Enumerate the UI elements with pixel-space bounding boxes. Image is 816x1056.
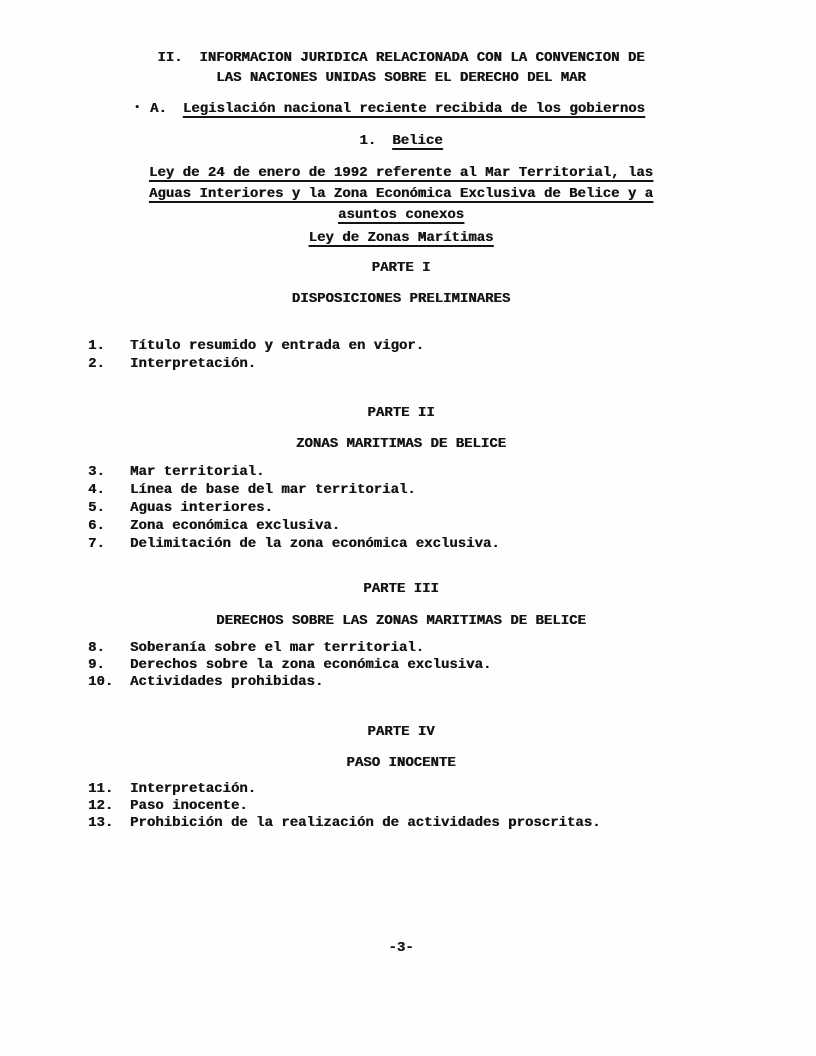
part-4-list: 11. Interpretación. 12. Paso inocente. 1… [88,781,600,832]
toc-item-text: Prohibición de la realización de activid… [130,815,600,832]
toc-item: 2. Interpretación. [88,355,424,373]
part-1-subheading: DISPOSICIONES PRELIMINARES [90,289,712,309]
toc-item: 11. Interpretación. [88,781,600,798]
toc-item-number: 7. [88,535,130,553]
part-2-subheading: ZONAS MARITIMAS DE BELICE [90,434,712,454]
toc-item-text: Línea de base del mar territorial. [130,481,500,499]
toc-item-text: Delimitación de la zona económica exclus… [130,535,500,553]
country-name: Belice [392,133,442,149]
toc-item: 6. Zona económica exclusiva. [88,517,500,535]
toc-item: 12. Paso inocente. [88,798,600,815]
law-title-line-1: Ley de 24 de enero de 1992 referente al … [90,163,712,184]
toc-item-text: Actividades prohibidas. [130,674,491,691]
law-title: Ley de 24 de enero de 1992 referente al … [90,163,712,226]
part-3-subheading: DERECHOS SOBRE LAS ZONAS MARITIMAS DE BE… [90,611,712,631]
toc-item-number: 4. [88,481,130,499]
toc-item: 10. Actividades prohibidas. [88,674,491,691]
toc-item-text: Título resumido y entrada en vigor. [130,337,424,355]
toc-item-text: Interpretación. [130,781,600,798]
toc-item-text: Derechos sobre la zona económica exclusi… [130,657,491,674]
toc-item-text: Mar territorial. [130,463,500,481]
part-3-heading: PARTE III [90,579,712,599]
toc-item-text: Soberanía sobre el mar territorial. [130,640,491,657]
subsection-title: Legislación nacional reciente recibida d… [183,101,645,117]
law-title-line-3: asuntos conexos [90,205,712,226]
toc-item-number: 1. [88,337,130,355]
part-2-list: 3. Mar territorial. 4. Línea de base del… [88,463,500,553]
part-4-heading: PARTE IV [90,722,712,742]
section-heading: II. INFORMACION JURIDICA RELACIONADA CON… [90,48,712,88]
toc-item-number: 13. [88,815,130,832]
law-title-line-2: Aguas Interiores y la Zona Económica Exc… [90,184,712,205]
toc-item-number: 3. [88,463,130,481]
toc-item: 7. Delimitación de la zona económica exc… [88,535,500,553]
subsection-label: A. [150,101,167,117]
toc-item-number: 8. [88,640,130,657]
toc-item-number: 6. [88,517,130,535]
toc-item: 5. Aguas interiores. [88,499,500,517]
toc-item: 3. Mar territorial. [88,463,500,481]
part-3-list: 8. Soberanía sobre el mar territorial. 9… [88,640,491,691]
toc-item: 4. Línea de base del mar territorial. [88,481,500,499]
toc-item-number: 2. [88,355,130,373]
toc-item-text: Interpretación. [130,355,424,373]
toc-item-number: 5. [88,499,130,517]
toc-item: 1. Título resumido y entrada en vigor. [88,337,424,355]
section-heading-line-2: LAS NACIONES UNIDAS SOBRE EL DERECHO DEL… [90,68,712,88]
country-number: 1. [359,133,376,149]
country-heading: 1.Belice [90,131,712,151]
toc-item-text: Paso inocente. [130,798,600,815]
bullet-dot-icon: • [134,99,140,119]
toc-item: 8. Soberanía sobre el mar territorial. [88,640,491,657]
toc-item-text: Aguas interiores. [130,499,500,517]
document-page: II. INFORMACION JURIDICA RELACIONADA CON… [0,0,816,1056]
toc-item-number: 10. [88,674,130,691]
toc-item: 13. Prohibición de la realización de act… [88,815,600,832]
toc-item-number: 11. [88,781,130,798]
toc-item-number: 9. [88,657,130,674]
subsection-heading: •A.Legislación nacional reciente recibid… [134,99,645,119]
toc-item-number: 12. [88,798,130,815]
part-2-heading: PARTE II [90,403,712,423]
law-subtitle: Ley de Zonas Marítimas [90,228,712,248]
page-number: -3- [90,938,712,958]
part-1-heading: PARTE I [90,258,712,278]
toc-item: 9. Derechos sobre la zona económica excl… [88,657,491,674]
toc-item-text: Zona económica exclusiva. [130,517,500,535]
part-4-subheading: PASO INOCENTE [90,753,712,773]
part-1-list: 1. Título resumido y entrada en vigor. 2… [88,337,424,373]
section-heading-line-1: II. INFORMACION JURIDICA RELACIONADA CON… [90,48,712,68]
